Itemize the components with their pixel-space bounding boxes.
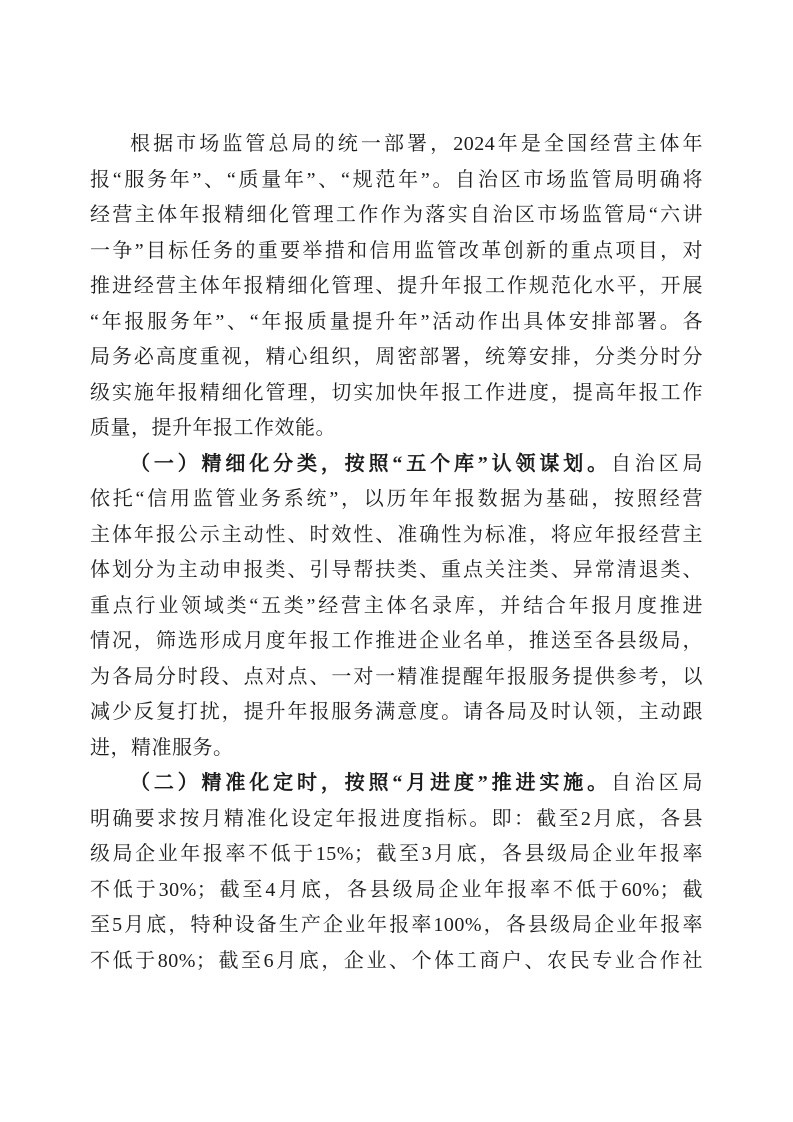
text-run: 明确要求按月精准化设定年报进度指标。即：截至2月底，各县	[90, 808, 703, 830]
text-line: （二）精准化定时，按照“月进度”推进实施。自治区局	[90, 766, 703, 802]
text-run: 质量，提升年报工作效能。	[90, 417, 336, 439]
paragraph-3: （二）精准化定时，按照“月进度”推进实施。自治区局明确要求按月精准化设定年报进度…	[90, 766, 703, 979]
text-line: “年报服务年”、“年报质量提升年”活动作出具体安排部署。各	[90, 305, 703, 341]
text-line: 重点行业领域类“五类”经营主体名录库，并结合年报月度推进	[90, 589, 703, 625]
text-run: 自治区局	[611, 772, 703, 794]
text-run: 为各局分时段、点对点、一对一精准提醒年报服务提供参考，以	[90, 666, 703, 688]
text-line: 局务必高度重视，精心组织，周密部署，统筹安排，分类分时分	[90, 340, 703, 376]
text-line: 主体年报公示主动性、时效性、准确性为标准，将应年报经营主	[90, 518, 703, 554]
text-line: 级实施年报精细化管理，切实加快年报工作进度，提高年报工作	[90, 376, 703, 412]
text-run: 情况，筛选形成月度年报工作推进企业名单，推送至各县级局，	[90, 630, 703, 652]
paragraph-2: （一）精细化分类，按照“五个库”认领谋划。自治区局依托“信用监管业务系统”，以历…	[90, 447, 703, 767]
text-line: 一争”目标任务的重要举措和信用监管改革创新的重点项目，对	[90, 234, 703, 270]
paragraph-1: 根据市场监管总局的统一部署，2024年是全国经营主体年报“服务年”、“质量年”、…	[90, 127, 703, 447]
text-line: 情况，筛选形成月度年报工作推进企业名单，推送至各县级局，	[90, 624, 703, 660]
text-line: 级局企业年报率不低于15%；截至3月底，各县级局企业年报率	[90, 837, 703, 873]
text-line: 经营主体年报精细化管理工作作为落实自治区市场监管局“六讲	[90, 198, 703, 234]
text-line: 为各局分时段、点对点、一对一精准提醒年报服务提供参考，以	[90, 660, 703, 696]
text-run: 级局企业年报率不低于15%；截至3月底，各县级局企业年报率	[90, 843, 703, 865]
text-line: 进，精准服务。	[90, 731, 703, 767]
text-line: 减少反复打扰，提升年报服务满意度。请各局及时认领，主动跟	[90, 695, 703, 731]
text-run: 至5月底，特种设备生产企业年报率100%，各县级局企业年报率	[90, 914, 703, 936]
text-run: “年报服务年”、“年报质量提升年”活动作出具体安排部署。各	[90, 311, 703, 333]
text-line: 依托“信用监管业务系统”，以历年年报数据为基础，按照经营	[90, 482, 703, 518]
document-body: 根据市场监管总局的统一部署，2024年是全国经营主体年报“服务年”、“质量年”、…	[90, 127, 703, 979]
bold-text-run: （二）精准化定时，按照“月进度”推进实施。	[130, 772, 611, 794]
text-run: 级实施年报精细化管理，切实加快年报工作进度，提高年报工作	[90, 382, 703, 404]
text-line: 不低于80%；截至6月底，企业、个体工商户、农民专业合作社	[90, 944, 703, 980]
text-line: （一）精细化分类，按照“五个库”认领谋划。自治区局	[90, 447, 703, 483]
text-line: 明确要求按月精准化设定年报进度指标。即：截至2月底，各县	[90, 802, 703, 838]
text-run: 经营主体年报精细化管理工作作为落实自治区市场监管局“六讲	[90, 204, 703, 226]
text-run: 不低于30%；截至4月底，各县级局企业年报率不低于60%；截	[90, 879, 703, 901]
text-run: 主体年报公示主动性、时效性、准确性为标准，将应年报经营主	[90, 524, 703, 546]
text-run: 一争”目标任务的重要举措和信用监管改革创新的重点项目，对	[90, 240, 703, 262]
text-line: 质量，提升年报工作效能。	[90, 411, 703, 447]
text-run: 依托“信用监管业务系统”，以历年年报数据为基础，按照经营	[90, 488, 703, 510]
text-run: 减少反复打扰，提升年报服务满意度。请各局及时认领，主动跟	[90, 701, 703, 723]
text-line: 不低于30%；截至4月底，各县级局企业年报率不低于60%；截	[90, 873, 703, 909]
text-run: 自治区局	[611, 453, 703, 475]
text-run: 不低于80%；截至6月底，企业、个体工商户、农民专业合作社	[90, 950, 703, 972]
text-run: 推进经营主体年报精细化管理、提升年报工作规范化水平，开展	[90, 275, 703, 297]
text-run: 局务必高度重视，精心组织，周密部署，统筹安排，分类分时分	[90, 346, 703, 368]
text-run: 根据市场监管总局的统一部署，2024年是全国经营主体年	[130, 133, 703, 155]
text-line: 报“服务年”、“质量年”、“规范年”。自治区市场监管局明确将	[90, 163, 703, 199]
text-run: 体划分为主动申报类、引导帮扶类、重点关注类、异常清退类、	[90, 559, 703, 581]
text-run: 报“服务年”、“质量年”、“规范年”。自治区市场监管局明确将	[90, 169, 703, 191]
text-line: 体划分为主动申报类、引导帮扶类、重点关注类、异常清退类、	[90, 553, 703, 589]
bold-text-run: （一）精细化分类，按照“五个库”认领谋划。	[130, 453, 611, 475]
text-run: 进，精准服务。	[90, 737, 234, 759]
text-run: 重点行业领域类“五类”经营主体名录库，并结合年报月度推进	[90, 595, 703, 617]
text-line: 至5月底，特种设备生产企业年报率100%，各县级局企业年报率	[90, 908, 703, 944]
text-line: 根据市场监管总局的统一部署，2024年是全国经营主体年	[90, 127, 703, 163]
text-line: 推进经营主体年报精细化管理、提升年报工作规范化水平，开展	[90, 269, 703, 305]
document-page: 根据市场监管总局的统一部署，2024年是全国经营主体年报“服务年”、“质量年”、…	[0, 0, 793, 1122]
